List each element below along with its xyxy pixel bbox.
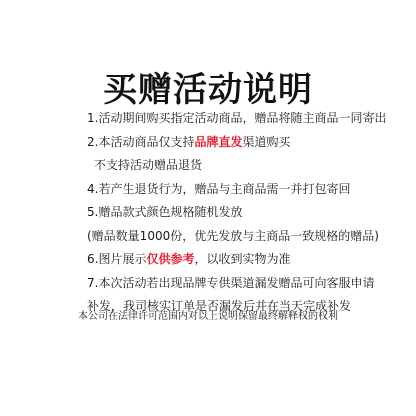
rule-2-text-end: 渠道购买 — [242, 135, 290, 149]
rule-5: 5.赠品款式颜色规格随机发放 — [87, 204, 416, 220]
rule-2-subnote: 不支持活动赠品退货 — [87, 157, 416, 173]
rule-2-highlight: 品牌直发 — [194, 135, 242, 149]
rule-2-text: 2.本活动商品仅支持 — [87, 135, 194, 149]
rule-6-text-end: ，以收到实物为准 — [194, 252, 290, 266]
footer-disclaimer: 本公司在法律许可范围内对以上说明保留最终解释权的权利 — [0, 310, 416, 324]
rule-4: 4.若产生退货行为，赠品与主商品需一并打包寄回 — [87, 181, 416, 197]
rule-6-text: 6.图片展示 — [87, 252, 146, 266]
rule-2: 2.本活动商品仅支持品牌直发渠道购买 — [87, 134, 416, 150]
rules-list: 1.活动期间购买指定活动商品，赠品将随主商品一同寄出 2.本活动商品仅支持品牌直… — [87, 110, 416, 322]
rule-7-line-1: 7.本次活动若出现品牌专供渠道漏发赠品可向客服申请 — [87, 275, 416, 291]
rule-6: 6.图片展示仅供参考，以收到实物为准 — [87, 251, 416, 267]
rule-1: 1.活动期间购买指定活动商品，赠品将随主商品一同寄出 — [87, 110, 416, 126]
rule-6-highlight: 仅供参考 — [146, 252, 194, 266]
rule-5-note: (赠品数量1000份，优先发放与主商品一致规格的赠品) — [87, 228, 416, 244]
page-title: 买赠活动说明 — [0, 68, 416, 112]
